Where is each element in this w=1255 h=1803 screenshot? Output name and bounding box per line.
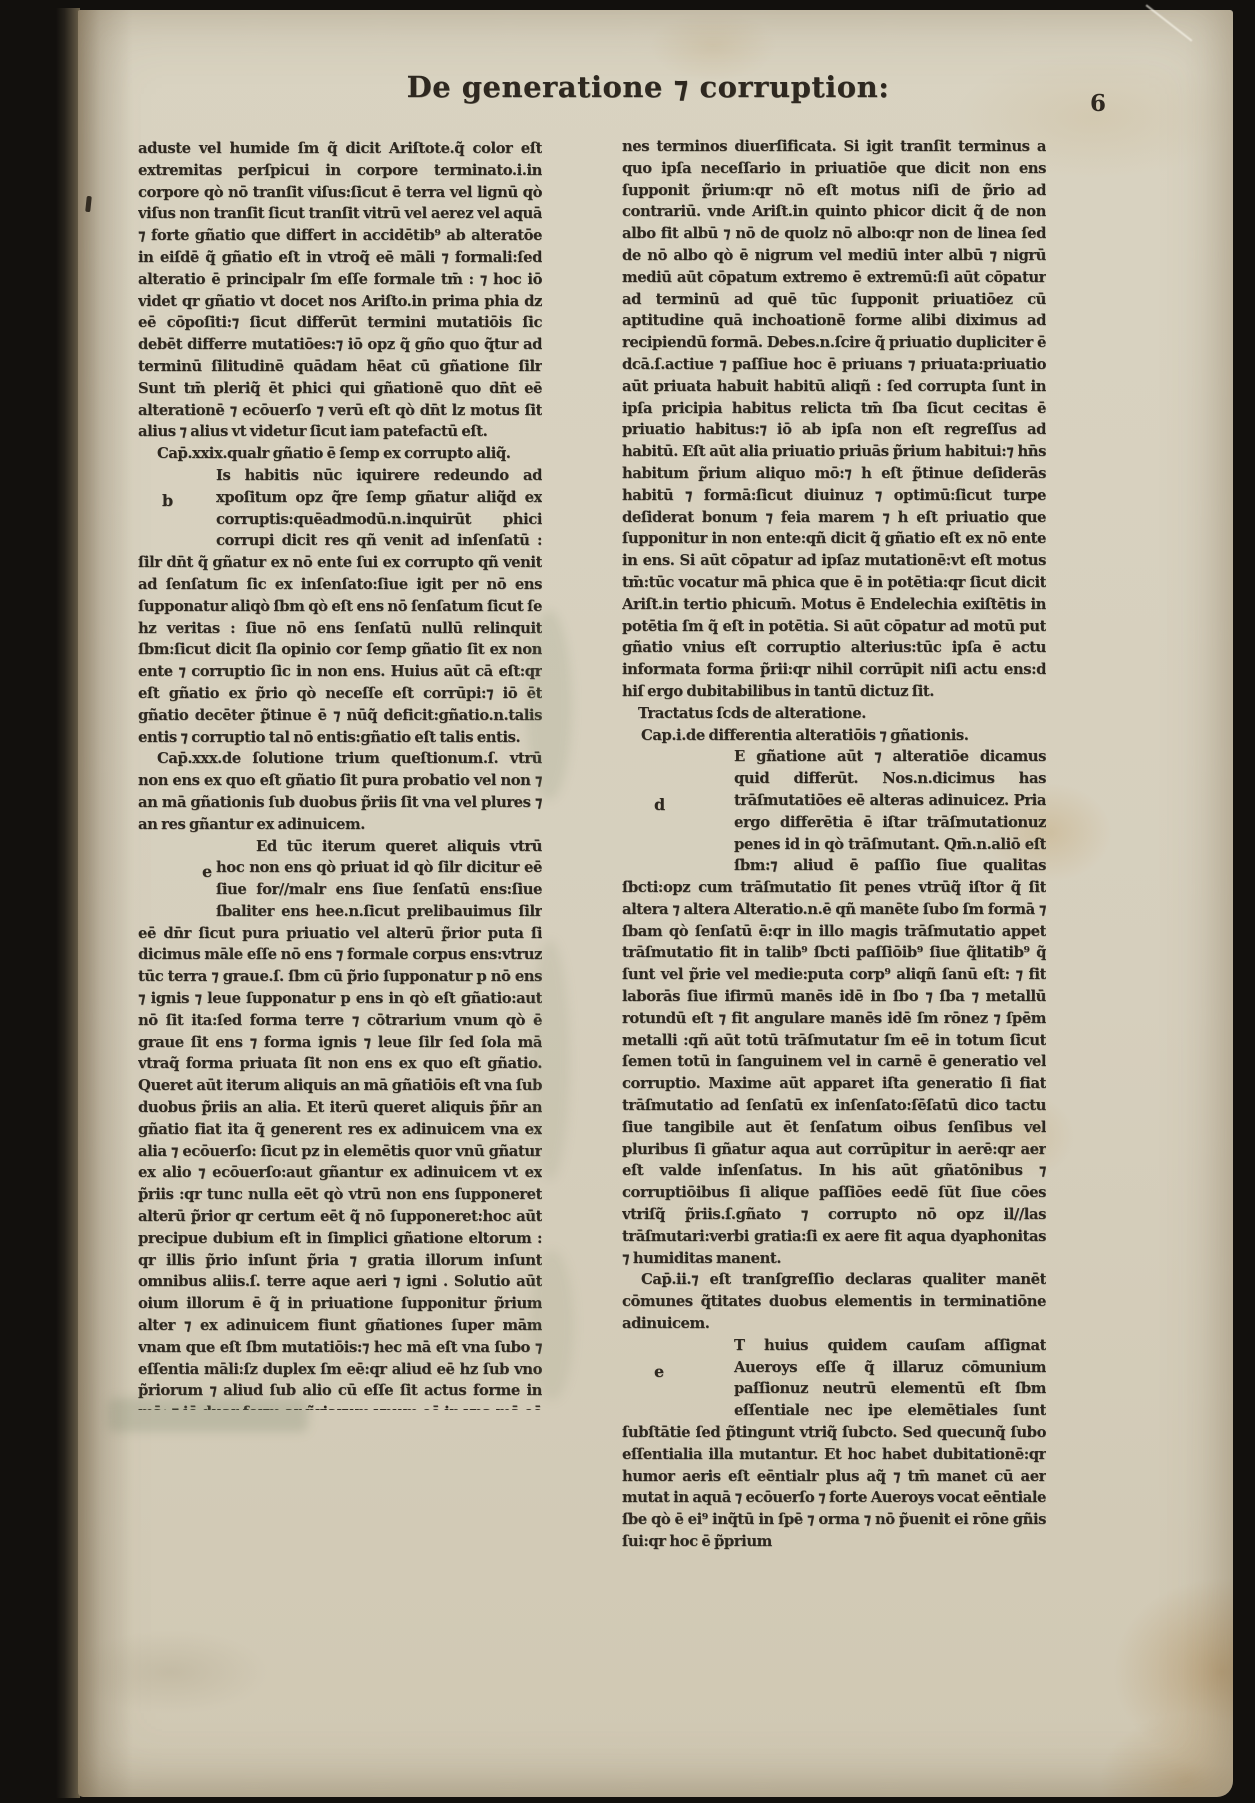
initial-space: e	[138, 836, 216, 902]
paragraph-with-initial: e Ed tūc iterum queret aliquis vtrū hoc …	[138, 836, 542, 1411]
initial-space: e	[622, 1335, 734, 1401]
paragraph-with-initial: d E gñatione aūt ⁊ alteratiōe dicamus qu…	[622, 746, 1046, 1269]
initial-space: b	[138, 465, 216, 531]
initial-space: d	[622, 746, 734, 856]
guide-letter: e	[162, 861, 212, 883]
book-scan: De generatione ⁊ corruption: 6 aduste ve…	[0, 0, 1255, 1803]
scan-scratch	[1146, 4, 1193, 41]
ink-speck	[85, 196, 92, 212]
guide-letter: d	[654, 794, 665, 816]
running-header: De generatione ⁊ corruption:	[318, 70, 978, 104]
bleedthrough-smudge	[530, 1250, 574, 1400]
section-heading: Tractatus ſcds de alteratione.	[622, 703, 1046, 725]
text-column-right: nes terminos diuerſificata. Si igit tran…	[622, 136, 1046, 1564]
chapter-heading: Cap̄.xxix.qualr gñatio ē ſemp ex corrupt…	[138, 443, 542, 465]
paragraph: nes terminos diuerſificata. Si igit tran…	[622, 136, 1046, 703]
chapter-heading: Cap̄.ii.⁊ eſt tranſgreſſio declaras qual…	[622, 1269, 1046, 1334]
book-page: De generatione ⁊ corruption: 6 aduste ve…	[78, 10, 1233, 1797]
bleedthrough-smudge	[526, 610, 572, 800]
guide-letter: e	[654, 1361, 664, 1383]
paragraph-with-initial: b Is habitis nūc iquirere redeundo ad xp…	[138, 465, 542, 748]
guide-letter: b	[162, 490, 173, 512]
chapter-heading: Cap.i.de differentia alteratiōis ⁊ gñati…	[622, 725, 1046, 747]
bleedthrough-smudge	[108, 1398, 308, 1432]
book-spine-edges	[56, 8, 80, 1798]
paragraph-text: Ed tūc iterum queret aliquis vtrū hoc no…	[138, 838, 542, 1411]
paragraph-with-initial: e T huius quidem cauſam aſſignat Aueroys…	[622, 1335, 1046, 1553]
bleedthrough-smudge	[530, 940, 570, 1180]
text-column-left: aduste vel humide ſm q̃ dicit Ariſtote.q…	[138, 138, 542, 1410]
folio-number: 6	[1090, 90, 1106, 117]
paragraph: aduste vel humide ſm q̃ dicit Ariſtote.q…	[138, 138, 542, 443]
chapter-heading: Cap̄.xxx.de ſolutione trium queſtionum.ſ…	[138, 748, 542, 835]
